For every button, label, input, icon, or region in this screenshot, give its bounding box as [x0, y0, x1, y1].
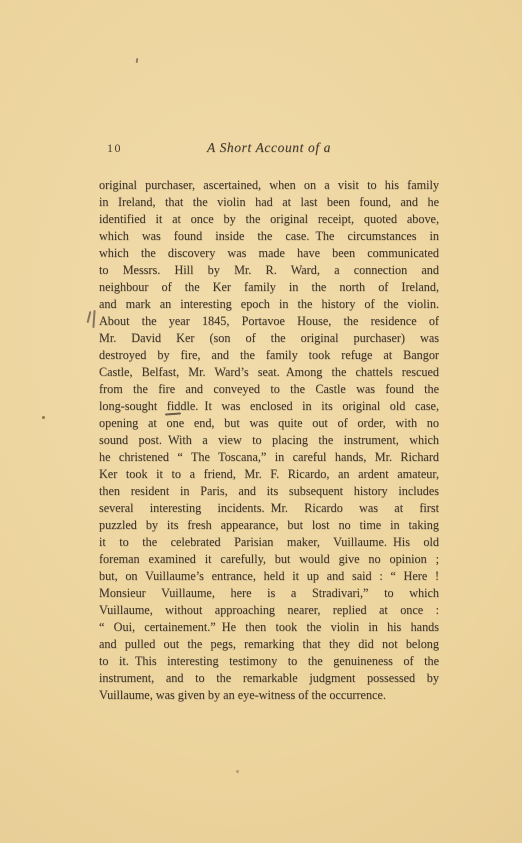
text-line: Vuillaume, without approaching nearer, r… — [99, 602, 439, 619]
text-line: to Messrs. Hill by Mr. R. Ward, a connec… — [99, 262, 439, 279]
text-line: Mr. David Ker (son of the original purch… — [99, 330, 439, 347]
text-line: it to the celebrated Parisian maker, Vui… — [99, 534, 439, 551]
text-line: opening at one end, but was quite out of… — [99, 415, 439, 432]
text-line: identified it at once by the original re… — [99, 211, 439, 228]
text-line: in Ireland, that the violin had at last … — [99, 194, 439, 211]
page-number: 10 — [107, 141, 122, 156]
text-line: destroyed by fire, and the family took r… — [99, 347, 439, 364]
body-text: original purchaser, ascertained, when on… — [99, 177, 439, 704]
text-line: original purchaser, ascertained, when on… — [99, 177, 439, 194]
ink-speck-left — [42, 416, 45, 419]
running-title: A Short Account of a — [99, 140, 439, 156]
text-line: to it. This interesting testimony to the… — [99, 653, 439, 670]
text-line: long-sought fiddle. It was enclosed in i… — [99, 398, 439, 415]
text-line: he christened “ The Toscana,” in careful… — [99, 449, 439, 466]
text-line: which the discovery was made have been c… — [99, 245, 439, 262]
text-line: but, on Vuillaume’s entrance, held it up… — [99, 568, 439, 585]
text-line: sound post. With a view to placing the i… — [99, 432, 439, 449]
text-line: neighbour of the Ker family in the north… — [99, 279, 439, 296]
text-line: and pulled out the pegs, remarking that … — [99, 636, 439, 653]
text-line: then resident in Paris, and its subseque… — [99, 483, 439, 500]
text-line: Vuillaume, was given by an eye-witness o… — [99, 687, 439, 704]
margin-pen-mark — [87, 311, 91, 323]
book-page: 10 A Short Account of a original purchas… — [0, 0, 522, 843]
text-line: which was found inside the case. The cir… — [99, 228, 439, 245]
text-line: puzzled by its fresh appearance, but los… — [99, 517, 439, 534]
ink-speck-bottom — [236, 770, 239, 773]
ink-speck-top — [136, 58, 139, 63]
text-line: Monsieur Vuillaume, here is a Stradivari… — [99, 585, 439, 602]
text-line: Castle, Belfast, Mr. Ward’s seat. Among … — [99, 364, 439, 381]
page-header: 10 A Short Account of a — [99, 140, 439, 158]
text-line: instrument, and to the remarkable judgme… — [99, 670, 439, 687]
margin-pen-mark — [92, 310, 95, 328]
text-line: several interesting incidents. Mr. Ricar… — [99, 500, 439, 517]
text-line: About the year 1845, Portavoe House, the… — [99, 313, 439, 330]
text-line: Ker took it to a friend, Mr. F. Ricardo,… — [99, 466, 439, 483]
text-line: and mark an interesting epoch in the his… — [99, 296, 439, 313]
text-line: “ Oui, certainement.” He then took the v… — [99, 619, 439, 636]
text-line: foreman examined it carefully, but would… — [99, 551, 439, 568]
text-line: from the fire and conveyed to the Castle… — [99, 381, 439, 398]
